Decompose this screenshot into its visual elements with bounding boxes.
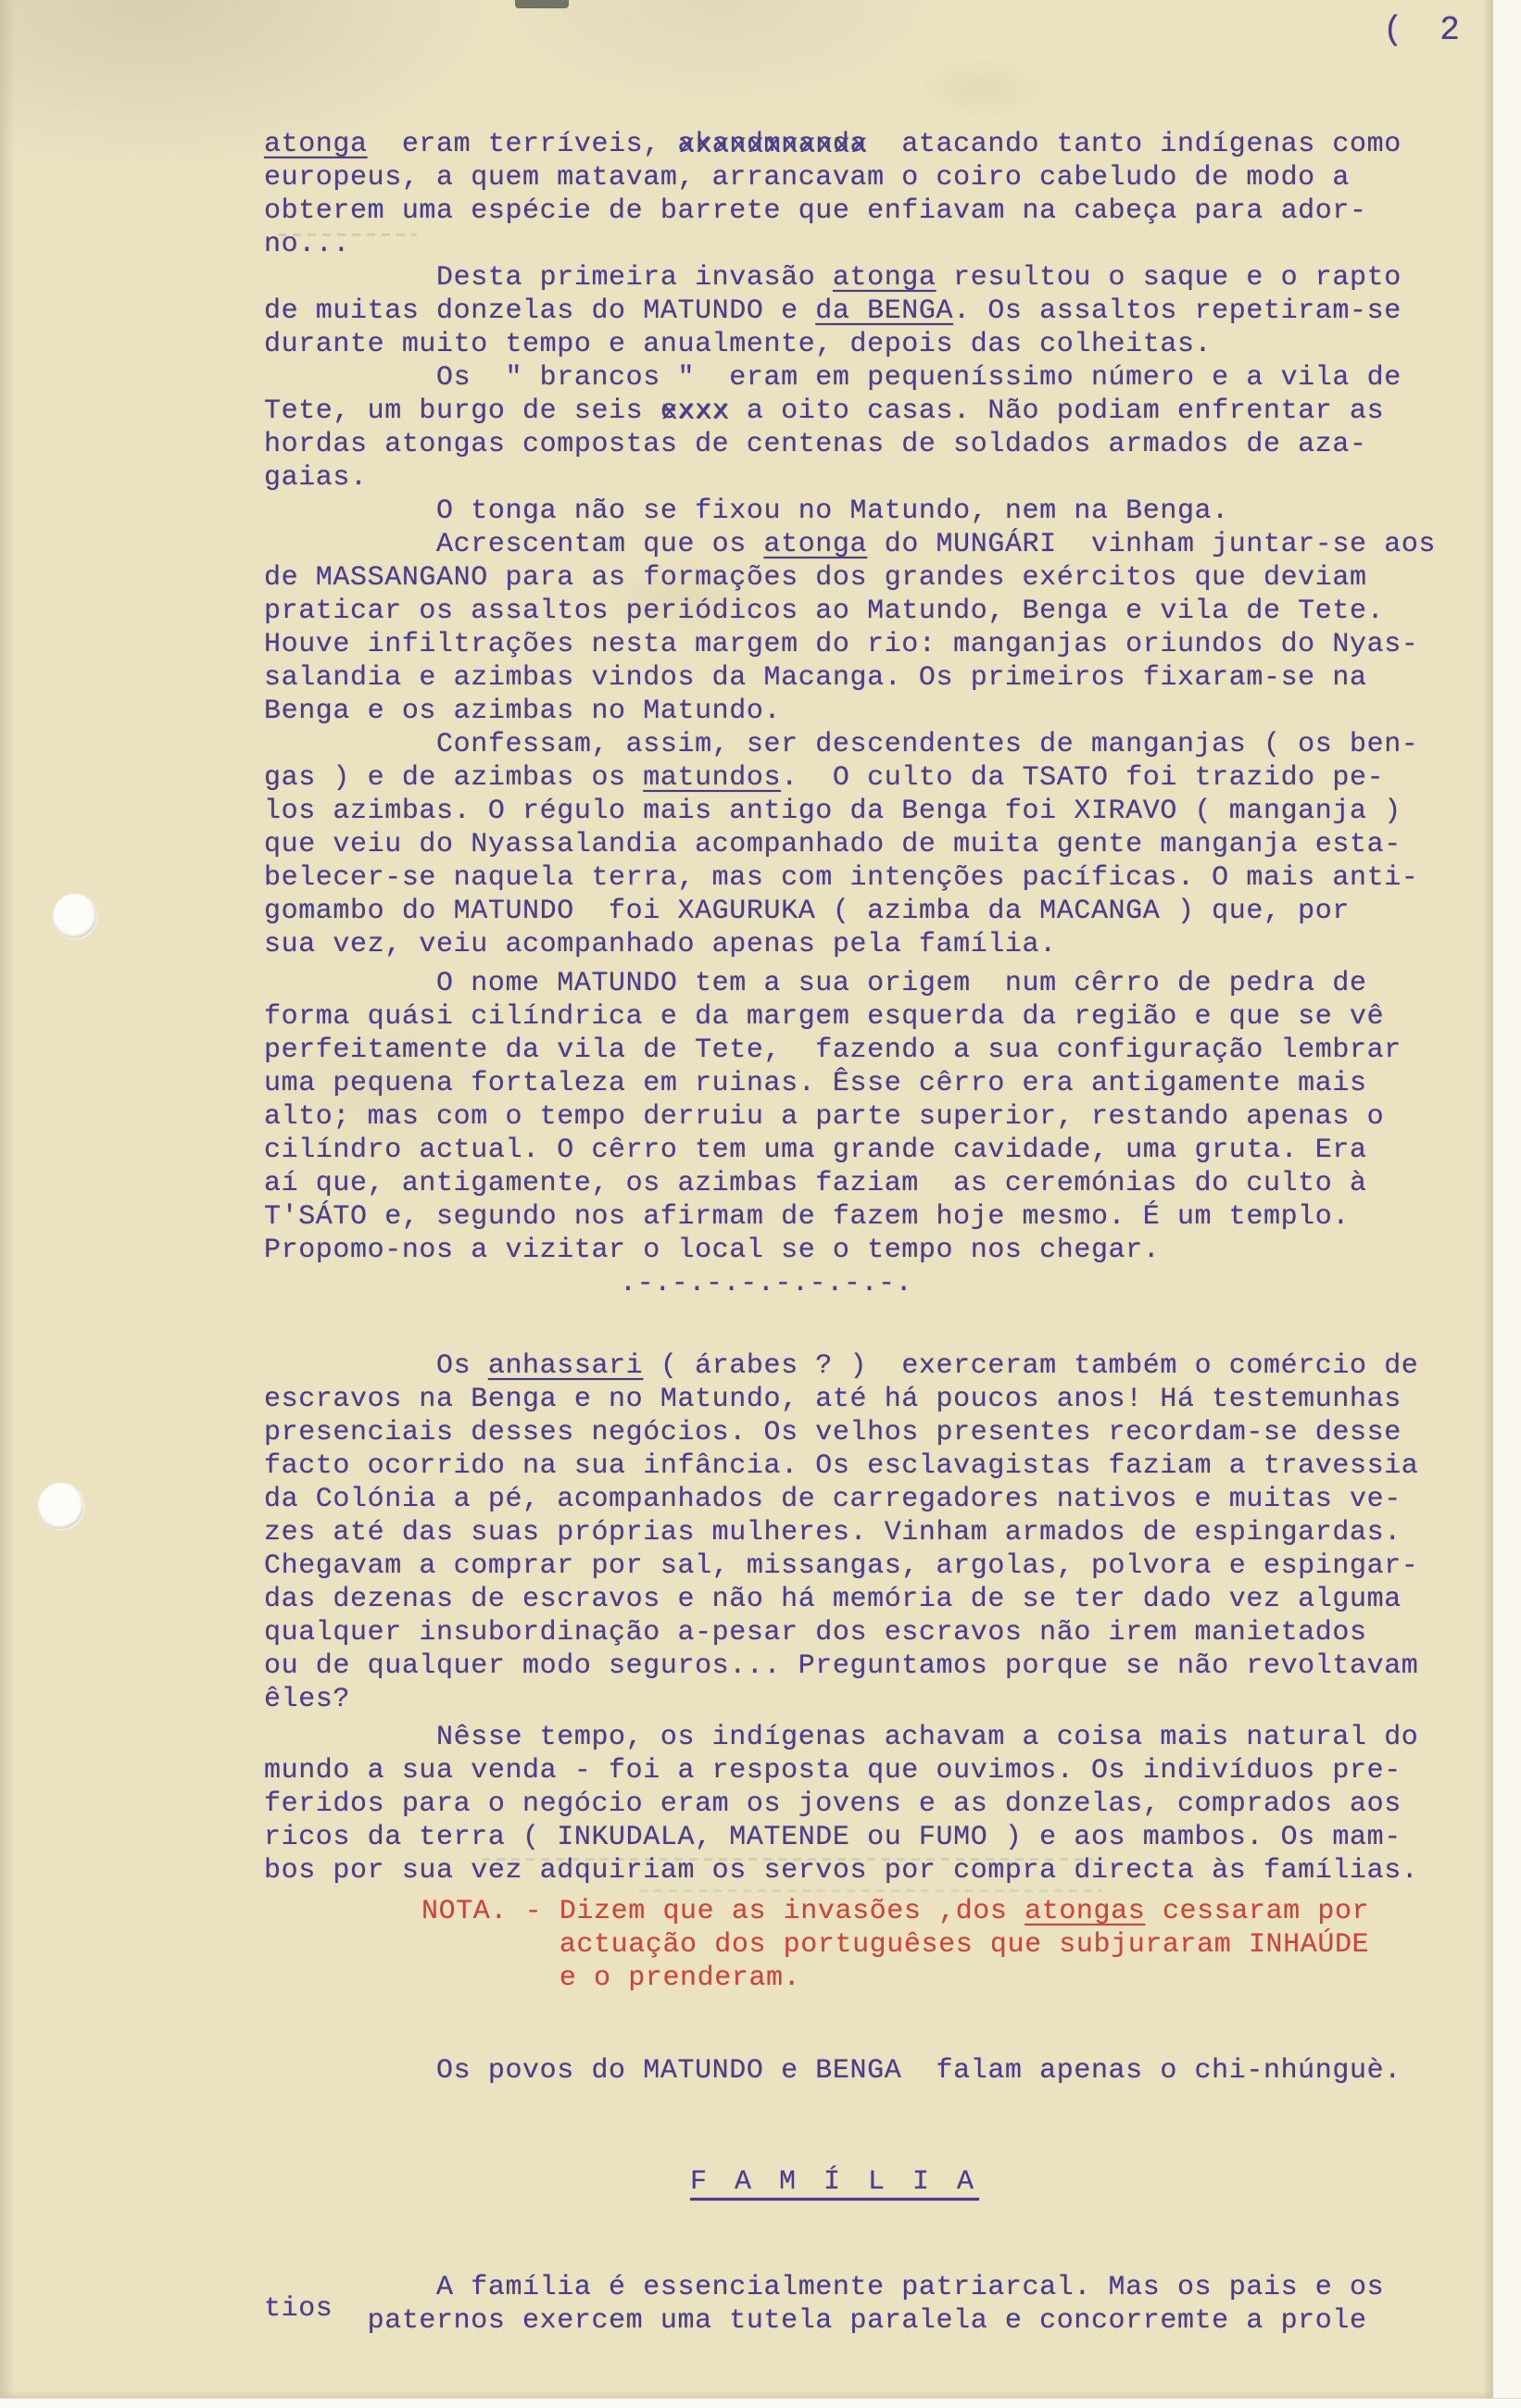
paragraph-chi-nhungue: Os povos do MATUNDO e BENGA falam apenas…: [264, 2054, 1487, 2088]
paragraph-anhassari: Os anhassari ( árabes ? ) exerceram tamb…: [264, 1349, 1487, 1716]
text-segment: bos por sua vez adquiriam os servos por …: [264, 1855, 1418, 1887]
text-line: aí que, antigamente, os azimbas faziam a…: [264, 1167, 1487, 1200]
hole-punch: [38, 1483, 83, 1529]
text-segment: cessaram por: [1145, 1896, 1369, 1927]
text-line: Nêsse tempo, os indígenas achavam a cois…: [264, 1721, 1487, 1754]
paragraph-nesse-tempo: Nêsse tempo, os indígenas achavam a cois…: [264, 1721, 1487, 1888]
overstruck-text: exxx: [660, 395, 729, 428]
text-segment: feridos para o negócio eram os jovens e …: [264, 1788, 1402, 1820]
text-line: O tonga não se fixou no Matundo, nem na …: [264, 495, 1487, 528]
text-segment: do MUNGÁRI vinham juntar-se aos: [867, 529, 1436, 560]
text-line: praticar os assaltos periódicos ao Matun…: [264, 595, 1487, 628]
text-line: uma pequena fortaleza em ruinas. Êsse cê…: [264, 1067, 1487, 1100]
text-segment: A família é essencialmente patriarcal. M…: [264, 2272, 1384, 2303]
underlined-text: anhassari: [488, 1350, 643, 1382]
text-segment: qualquer insubordinação a-pesar dos escr…: [264, 1617, 1367, 1649]
paragraph-mungari: Acrescentam que os atonga do MUNGÁRI vin…: [264, 528, 1487, 728]
text-line: escravos na Benga e no Matundo, até há p…: [264, 1383, 1487, 1416]
text-line: Chegavam a comprar por sal, missangas, a…: [264, 1549, 1487, 1583]
text-segment: no...: [264, 229, 350, 260]
text-segment: praticar os assaltos periódicos ao Matun…: [264, 596, 1384, 627]
text-line: Acrescentam que os atonga do MUNGÁRI vin…: [264, 528, 1487, 561]
text-line: NOTA. - Dizem que as invasões ,dos atong…: [421, 1895, 1487, 1928]
text-segment: gas ) e de azimbas os: [264, 762, 643, 794]
text-segment: alto; mas com o tempo derruiu a parte su…: [264, 1101, 1384, 1133]
text-segment: O nome MATUNDO tem a sua origem num cêrr…: [264, 968, 1367, 999]
text-segment: Desta primeira invasão: [264, 262, 833, 294]
paragraph-o-tonga: O tonga não se fixou no Matundo, nem na …: [264, 495, 1487, 528]
nota-red-annotation: NOTA. - Dizem que as invasões ,dos atong…: [421, 1895, 1487, 1995]
text-segment: NOTA. - Dizem que as invasões ,dos: [421, 1896, 1024, 1927]
text-segment: de MASSANGANO para as formações dos gran…: [264, 562, 1367, 594]
text-line: de MASSANGANO para as formações dos gran…: [264, 561, 1487, 595]
text-line: Os " brancos " eram em pequeníssimo núme…: [264, 361, 1487, 395]
text-line: que veiu do Nyassalandia acompanhado de …: [264, 828, 1487, 861]
text-segment: paternos exercem uma tutela paralela e c…: [333, 2305, 1366, 2337]
text-segment: escravos na Benga e no Matundo, até há p…: [264, 1384, 1402, 1415]
text-segment: êles?: [264, 1684, 350, 1715]
text-segment: sua vez, veiu acompanhado apenas pela fa…: [264, 929, 1057, 960]
text-line: de muitas donzelas do MATUNDO e da BENGA…: [264, 295, 1487, 328]
text-line: gas ) e de azimbas os matundos. O culto …: [264, 761, 1487, 795]
text-segment: obterem uma espécie de barrete que enfia…: [264, 195, 1367, 227]
text-line: das dezenas de escravos e não há memória…: [264, 1583, 1487, 1616]
text-line: salandia e azimbas vindos da Macanga. Os…: [264, 661, 1487, 695]
text-segment: zes até das suas próprias mulheres. Vinh…: [264, 1517, 1402, 1549]
text-line: e o prenderam.: [421, 1962, 1487, 1995]
text-segment: perfeitamente da vila de Tete, fazendo a…: [264, 1035, 1402, 1066]
text-line: da Colónia a pé, acompanhados de carrega…: [264, 1483, 1487, 1516]
text-line: alto; mas com o tempo derruiu a parte su…: [264, 1100, 1487, 1134]
text-segment: Propomo-nos a vizitar o local se o tempo…: [264, 1235, 1160, 1266]
text-segment: gomambo do MATUNDO foi XAGURUKA ( azimba…: [264, 896, 1350, 927]
text-segment: uma pequena fortaleza em ruinas. Êsse cê…: [264, 1068, 1367, 1099]
text-line: gomambo do MATUNDO foi XAGURUKA ( azimba…: [264, 895, 1487, 928]
text-segment: ( árabes ? ) exerceram também o comércio…: [643, 1350, 1418, 1382]
text-segment: O tonga não se fixou no Matundo, nem na …: [264, 495, 1229, 527]
text-line: ou de qualquer modo seguros... Preguntam…: [264, 1649, 1487, 1683]
underlined-text: matundos: [643, 762, 781, 794]
text-segment: Houve infiltrações nesta margem do rio: …: [264, 629, 1418, 660]
text-line: Desta primeira invasão atonga resultou o…: [264, 261, 1487, 295]
text-segment: durante muito tempo e anualmente, depois…: [264, 329, 1212, 360]
underlined-text: atonga: [764, 529, 868, 560]
text-line: Os anhassari ( árabes ? ) exerceram tamb…: [264, 1349, 1487, 1383]
paragraph-familia-patriarcal: A família é essencialmente patriarcal. M…: [264, 2271, 1487, 2338]
text-segment: europeus, a quem matavam, arrancavam o c…: [264, 162, 1350, 194]
text-line: bos por sua vez adquiriam os servos por …: [264, 1854, 1487, 1888]
text-segment: los azimbas. O régulo mais antigo da Ben…: [264, 796, 1402, 827]
text-segment: atacando tanto indígenas como: [867, 129, 1402, 160]
text-segment: Os " brancos " eram em pequeníssimo núme…: [264, 362, 1402, 394]
text-segment: .-.-.-.-.-.-.-.-.: [620, 1268, 912, 1299]
text-line: F A M Í L I A: [690, 2165, 1487, 2199]
text-line: Houve infiltrações nesta margem do rio: …: [264, 628, 1487, 661]
text-segment: Os povos do MATUNDO e BENGA falam apenas…: [264, 2055, 1402, 2087]
text-line: europeus, a quem matavam, arrancavam o c…: [264, 161, 1487, 194]
text-segment: a oito casas. Não podiam enfrentar as: [729, 395, 1384, 427]
paragraph-atonga-terriveis: atonga eram terríveis, akandmnanda ataca…: [264, 128, 1487, 261]
text-line: A família é essencialmente patriarcal. M…: [264, 2271, 1487, 2304]
text-segment: . Os assaltos repetiram-se: [953, 295, 1402, 327]
text-line: Propomo-nos a vizitar o local se o tempo…: [264, 1234, 1487, 1267]
scanned-typewritten-page: { "document": { "page_number": "( 2", "i…: [0, 0, 1521, 2408]
text-line: belecer-se naquela terra, mas com intenç…: [264, 861, 1487, 895]
paragraph-nome-matundo: O nome MATUNDO tem a sua origem num cêrr…: [264, 967, 1487, 1267]
text-line: T'SÁTO e, segundo nos afirmam de fazem h…: [264, 1200, 1487, 1234]
text-segment: Chegavam a comprar por sal, missangas, a…: [264, 1550, 1418, 1582]
scan-background: [1493, 0, 1521, 2408]
text-line: mundo a sua venda - foi a resposta que o…: [264, 1754, 1487, 1787]
text-line: Confessam, assim, ser descendentes de ma…: [264, 728, 1487, 761]
text-segment: ou de qualquer modo seguros... Preguntam…: [264, 1650, 1418, 1682]
text-segment: Nêsse tempo, os indígenas achavam a cois…: [264, 1722, 1418, 1753]
text-line: Os povos do MATUNDO e BENGA falam apenas…: [264, 2054, 1487, 2088]
text-segment: gaias.: [264, 462, 368, 494]
text-line: sua vez, veiu acompanhado apenas pela fa…: [264, 928, 1487, 961]
text-line: gaias.: [264, 461, 1487, 495]
underlined-text: da BENGA: [815, 295, 953, 327]
text-line: atonga eram terríveis, akandmnanda ataca…: [264, 128, 1487, 161]
text-segment: de muitas donzelas do MATUNDO e: [264, 295, 815, 327]
text-segment: facto ocorrido na sua infância. Os escla…: [264, 1450, 1418, 1482]
text-line: perfeitamente da vila de Tete, fazendo a…: [264, 1034, 1487, 1067]
text-line: qualquer insubordinação a-pesar dos escr…: [264, 1616, 1487, 1649]
text-segment: actuação dos portuguêses que subjuraram …: [421, 1929, 1369, 1961]
text-line: Benga e os azimbas no Matundo.: [264, 695, 1487, 728]
text-segment: T'SÁTO e, segundo nos afirmam de fazem h…: [264, 1201, 1350, 1233]
underlined-text: atonga: [264, 129, 368, 160]
text-segment: Os: [264, 1350, 488, 1382]
text-segment: que veiu do Nyassalandia acompanhado de …: [264, 829, 1402, 860]
underlined-text: atongas: [1024, 1896, 1145, 1927]
paragraph-primeira-invasao: Desta primeira invasão atonga resultou o…: [264, 261, 1487, 361]
text-segment: tios: [264, 2293, 333, 2325]
text-line: no...: [264, 228, 1487, 261]
text-segment: F A M Í L I A: [690, 2166, 979, 2198]
hole-punch: [53, 894, 96, 938]
text-line: Tete, um burgo de seis exxx a oito casas…: [264, 395, 1487, 428]
underlined-text: atonga: [833, 262, 936, 294]
paragraph-descendentes: Confessam, assim, ser descendentes de ma…: [264, 728, 1487, 961]
section-divider: .-.-.-.-.-.-.-.-.: [620, 1267, 1487, 1300]
text-line: los azimbas. O régulo mais antigo da Ben…: [264, 795, 1487, 828]
text-segment: cilíndro actual. O cêrro tem uma grande …: [264, 1135, 1367, 1166]
text-line: actuação dos portuguêses que subjuraram …: [421, 1928, 1487, 1962]
text-line: durante muito tempo e anualmente, depois…: [264, 328, 1487, 361]
text-line: O nome MATUNDO tem a sua origem num cêrr…: [264, 967, 1487, 1000]
text-segment: belecer-se naquela terra, mas com intenç…: [264, 862, 1418, 894]
text-segment: Tete, um burgo de seis: [264, 395, 660, 427]
text-line: feridos para o negócio eram os jovens e …: [264, 1787, 1487, 1821]
text-segment: forma quási cilíndrica e da margem esque…: [264, 1001, 1384, 1033]
document-page: ( 2 atonga eram terríveis, akandmnanda a…: [0, 0, 1493, 2398]
paragraph-os-brancos: Os " brancos " eram em pequeníssimo núme…: [264, 361, 1487, 495]
text-segment: Benga e os azimbas no Matundo.: [264, 696, 781, 727]
text-segment: ricos da terra ( INKUDALA, MATENDE ou FU…: [264, 1822, 1402, 1853]
text-segment: resultou o saque e o rapto: [936, 262, 1402, 294]
text-line: obterem uma espécie de barrete que enfia…: [264, 194, 1487, 228]
typewritten-text: atonga eram terríveis, akandmnanda ataca…: [264, 128, 1487, 2338]
text-segment: presenciais desses negócios. Os velhos p…: [264, 1417, 1402, 1449]
text-line: cilíndro actual. O cêrro tem uma grande …: [264, 1134, 1487, 1167]
text-line: zes até das suas próprias mulheres. Vinh…: [264, 1516, 1487, 1549]
text-segment: Confessam, assim, ser descendentes de ma…: [264, 729, 1418, 760]
text-segment: da Colónia a pé, acompanhados de carrega…: [264, 1484, 1402, 1515]
text-segment: . O culto da TSATO foi trazido pe-: [781, 762, 1384, 794]
text-segment: das dezenas de escravos e não há memória…: [264, 1584, 1402, 1615]
text-segment: hordas atongas compostas de centenas de …: [264, 429, 1367, 460]
text-line: .-.-.-.-.-.-.-.-.: [620, 1267, 1487, 1300]
section-heading-familia: F A M Í L I A: [690, 2165, 1487, 2199]
text-line: tios paternos exercem uma tutela paralel…: [264, 2304, 1487, 2338]
text-segment: e o prenderam.: [421, 1963, 800, 1994]
text-segment: eram terríveis,: [368, 129, 678, 160]
text-segment: mundo a sua venda - foi a resposta que o…: [264, 1755, 1402, 1787]
text-line: ricos da terra ( INKUDALA, MATENDE ou FU…: [264, 1821, 1487, 1854]
binder-tab: [515, 0, 569, 8]
scan-background: [0, 2398, 1521, 2408]
text-line: hordas atongas compostas de centenas de …: [264, 428, 1487, 461]
overstruck-text: akandmnanda: [677, 128, 867, 161]
text-line: êles?: [264, 1683, 1487, 1716]
text-segment: aí que, antigamente, os azimbas faziam a…: [264, 1168, 1367, 1199]
text-segment: salandia e azimbas vindos da Macanga. Os…: [264, 662, 1367, 694]
text-line: facto ocorrido na sua infância. Os escla…: [264, 1449, 1487, 1483]
page-number: ( 2: [1383, 11, 1468, 49]
text-line: presenciais desses negócios. Os velhos p…: [264, 1416, 1487, 1449]
text-segment: Acrescentam que os: [264, 529, 764, 560]
text-line: forma quási cilíndrica e da margem esque…: [264, 1000, 1487, 1034]
